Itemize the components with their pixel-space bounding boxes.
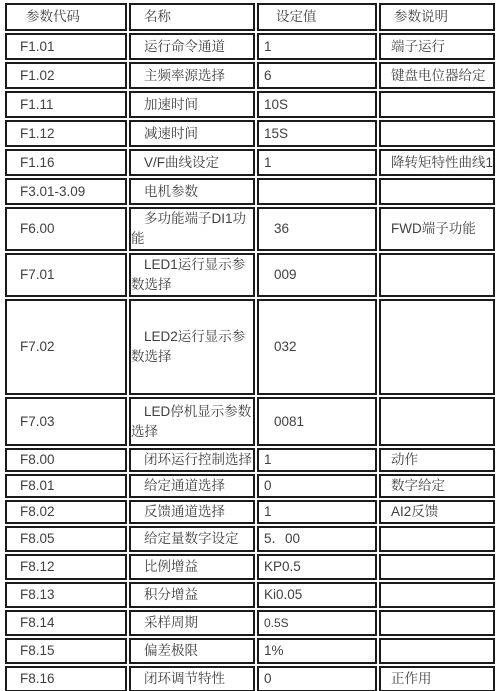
param-name-cell-text: 积分增益 (131, 585, 253, 605)
set-value-cell-text: 5．00 (259, 529, 375, 549)
set-value-cell: 1 (257, 149, 377, 176)
param-name-cell-text: LED停机显示参数选择 (131, 402, 253, 442)
table-row: F7.01LED1运行显示参数选择009 (5, 253, 495, 297)
set-value-cell-text: 10S (259, 95, 375, 115)
param-name-cell-text: 主频率源选择 (131, 66, 253, 86)
param-name-cell: 给定通道选择 (129, 474, 255, 498)
param-code-cell: F1.02 (5, 62, 127, 89)
param-desc-cell-text: 动作 (381, 450, 493, 470)
param-code-cell-text: F7.03 (7, 412, 125, 432)
param-name-cell-text: 运行命令通道 (131, 37, 253, 57)
table-row: F3.01-3.09电机参数 (5, 178, 495, 205)
param-desc-cell-text: 端子运行 (381, 37, 493, 57)
param-name-cell-text: 给定通道选择 (131, 476, 253, 496)
set-value-cell-text: 032 (259, 337, 375, 357)
param-name-cell-text: 多功能端子DI1功能 (131, 209, 253, 249)
set-value-cell-text: Ki0.05 (259, 585, 375, 605)
param-code-cell: F8.05 (5, 526, 127, 552)
table-row: F1.16V/F曲线设定1降转矩特性曲线1 (5, 149, 495, 176)
param-code-cell-text: F7.02 (7, 337, 125, 357)
set-value-cell-text: KP0.5 (259, 557, 375, 577)
param-desc-cell: AI2反馈 (379, 500, 495, 524)
set-value-cell: KP0.5 (257, 554, 377, 580)
set-value-cell: 36 (257, 207, 377, 251)
param-code-cell: F8.14 (5, 610, 127, 636)
param-name-cell-text: 比例增益 (131, 557, 253, 577)
param-desc-cell (379, 582, 495, 608)
param-code-cell-text: F8.02 (7, 502, 125, 522)
param-name-cell-text: 给定量数字设定 (131, 529, 253, 549)
param-desc-cell-text: FWD端子功能 (381, 219, 493, 239)
param-code-cell-text: F1.01 (7, 37, 125, 57)
set-value-cell-text: 36 (259, 219, 375, 239)
param-desc-cell-text: 数字给定 (381, 476, 493, 496)
param-code-cell: F8.00 (5, 448, 127, 472)
set-value-cell: 1 (257, 33, 377, 60)
param-code-cell: F8.12 (5, 554, 127, 580)
column-header-name: 名称 (129, 3, 255, 31)
set-value-cell: 009 (257, 253, 377, 297)
param-name-cell-text: LED1运行显示参数选择 (131, 255, 253, 295)
param-code-cell-text: F3.01-3.09 (7, 182, 125, 202)
param-code-cell-text: F8.16 (7, 669, 125, 689)
param-code-cell: F1.12 (5, 120, 127, 147)
table-row: F6.00多功能端子DI1功能36FWD端子功能 (5, 207, 495, 251)
param-name-cell: 反馈通道选择 (129, 500, 255, 524)
param-name-cell: LED2运行显示参数选择 (129, 299, 255, 395)
param-desc-cell: 正作用 (379, 666, 495, 691)
set-value-cell: 10S (257, 91, 377, 118)
param-name-cell-text: LED2运行显示参数选择 (131, 327, 253, 367)
param-name-cell: LED1运行显示参数选择 (129, 253, 255, 297)
param-name-cell: 电机参数 (129, 178, 255, 205)
param-desc-cell: 数字给定 (379, 474, 495, 498)
param-code-cell: F7.03 (5, 397, 127, 446)
param-desc-cell: 端子运行 (379, 33, 495, 60)
param-desc-cell: 键盘电位器给定 (379, 62, 495, 89)
table-row: F8.01给定通道选择0数字给定 (5, 474, 495, 498)
table-row: F1.01运行命令通道1端子运行 (5, 33, 495, 60)
param-code-cell-text: F1.02 (7, 66, 125, 86)
set-value-cell: 5．00 (257, 526, 377, 552)
param-name-cell: 主频率源选择 (129, 62, 255, 89)
header-row: 参数代码名称设定值参数说明 (5, 3, 495, 31)
set-value-cell-text: 0 (259, 476, 375, 496)
param-desc-cell-text: 键盘电位器给定 (381, 66, 493, 86)
param-code-cell: F1.01 (5, 33, 127, 60)
param-name-cell-text: 闭环调节特性 (131, 669, 253, 689)
param-code-cell-text: F8.00 (7, 450, 125, 470)
param-code-cell-text: F8.15 (7, 641, 125, 661)
table-row: F8.13积分增益Ki0.05 (5, 582, 495, 608)
param-desc-cell (379, 299, 495, 395)
table-body: F1.01运行命令通道1端子运行F1.02主频率源选择6键盘电位器给定F1.11… (5, 33, 495, 691)
param-code-cell-text: F8.12 (7, 557, 125, 577)
param-desc-cell (379, 397, 495, 446)
column-header-value: 设定值 (257, 3, 377, 31)
param-desc-cell (379, 253, 495, 297)
param-name-cell: 采样周期 (129, 610, 255, 636)
param-name-cell: LED停机显示参数选择 (129, 397, 255, 446)
table-row: F8.02反馈通道选择1AI2反馈 (5, 500, 495, 524)
param-name-cell: V/F曲线设定 (129, 149, 255, 176)
set-value-cell-text: 1 (259, 450, 375, 470)
param-desc-cell (379, 120, 495, 147)
param-name-cell: 闭环运行控制选择 (129, 448, 255, 472)
param-name-cell-text: V/F曲线设定 (131, 153, 253, 173)
set-value-cell-text: 0 (259, 669, 375, 689)
param-desc-cell (379, 638, 495, 664)
table-row: F8.14采样周期0.5S (5, 610, 495, 636)
param-code-cell-text: F8.14 (7, 613, 125, 633)
param-name-cell-text: 偏差极限 (131, 641, 253, 661)
column-header-label: 名称 (131, 7, 253, 27)
param-desc-cell: FWD端子功能 (379, 207, 495, 251)
param-code-cell-text: F8.05 (7, 529, 125, 549)
table-row: F8.05给定量数字设定5．00 (5, 526, 495, 552)
param-code-cell: F7.02 (5, 299, 127, 395)
set-value-cell: 0.5S (257, 610, 377, 636)
set-value-cell: Ki0.05 (257, 582, 377, 608)
set-value-cell: 0081 (257, 397, 377, 446)
param-code-cell-text: F1.16 (7, 153, 125, 173)
param-desc-cell (379, 91, 495, 118)
table-row: F7.02LED2运行显示参数选择032 (5, 299, 495, 395)
set-value-cell-text: 009 (259, 265, 375, 285)
table-row: F8.12比例增益KP0.5 (5, 554, 495, 580)
param-code-cell: F8.16 (5, 666, 127, 691)
param-code-cell-text: F1.12 (7, 124, 125, 144)
set-value-cell-text: 1 (259, 153, 375, 173)
param-name-cell-text: 采样周期 (131, 613, 253, 633)
column-header-desc: 参数说明 (379, 3, 495, 31)
param-name-cell: 积分增益 (129, 582, 255, 608)
set-value-cell (257, 178, 377, 205)
param-name-cell-text: 加速时间 (131, 95, 253, 115)
table-row: F8.15偏差极限1% (5, 638, 495, 664)
column-header-code: 参数代码 (5, 3, 127, 31)
param-code-cell: F8.13 (5, 582, 127, 608)
column-header-label: 参数代码 (7, 7, 125, 27)
set-value-cell: 1 (257, 448, 377, 472)
param-code-cell-text: F7.01 (7, 265, 125, 285)
param-desc-cell (379, 554, 495, 580)
set-value-cell: 6 (257, 62, 377, 89)
param-code-cell-text: F8.13 (7, 585, 125, 605)
table-row: F8.00闭环运行控制选择1动作 (5, 448, 495, 472)
set-value-cell-text: 1 (259, 502, 375, 522)
param-code-cell: F8.15 (5, 638, 127, 664)
column-header-label: 参数说明 (381, 7, 493, 27)
column-header-label: 设定值 (259, 7, 375, 27)
set-value-cell-text: 6 (259, 66, 375, 86)
param-name-cell: 闭环调节特性 (129, 666, 255, 691)
param-name-cell: 减速时间 (129, 120, 255, 147)
parameter-table-page: 参数代码名称设定值参数说明 F1.01运行命令通道1端子运行F1.02主频率源选… (0, 0, 501, 691)
set-value-cell-text: 15S (259, 124, 375, 144)
table-row: F1.12减速时间15S (5, 120, 495, 147)
param-code-cell: F8.01 (5, 474, 127, 498)
param-name-cell: 比例增益 (129, 554, 255, 580)
set-value-cell: 1% (257, 638, 377, 664)
param-code-cell: F7.01 (5, 253, 127, 297)
param-desc-cell (379, 526, 495, 552)
param-desc-cell-text: 降转矩特性曲线1 (381, 153, 493, 173)
param-desc-cell: 动作 (379, 448, 495, 472)
set-value-cell: 15S (257, 120, 377, 147)
parameter-table: 参数代码名称设定值参数说明 F1.01运行命令通道1端子运行F1.02主频率源选… (3, 1, 497, 691)
param-desc-cell (379, 610, 495, 636)
param-name-cell-text: 反馈通道选择 (131, 502, 253, 522)
set-value-cell: 0 (257, 666, 377, 691)
param-name-cell: 运行命令通道 (129, 33, 255, 60)
set-value-cell-text: 0081 (259, 412, 375, 432)
param-name-cell: 多功能端子DI1功能 (129, 207, 255, 251)
table-row: F1.02主频率源选择6键盘电位器给定 (5, 62, 495, 89)
set-value-cell: 0 (257, 474, 377, 498)
param-code-cell: F6.00 (5, 207, 127, 251)
set-value-cell: 1 (257, 500, 377, 524)
param-code-cell-text: F6.00 (7, 219, 125, 239)
param-code-cell: F8.02 (5, 500, 127, 524)
param-desc-cell-text: 正作用 (381, 669, 493, 689)
param-name-cell: 加速时间 (129, 91, 255, 118)
param-code-cell-text: F8.01 (7, 476, 125, 496)
param-code-cell-text: F1.11 (7, 95, 125, 115)
param-name-cell: 给定量数字设定 (129, 526, 255, 552)
set-value-cell: 032 (257, 299, 377, 395)
table-row: F1.11加速时间10S (5, 91, 495, 118)
param-desc-cell: 降转矩特性曲线1 (379, 149, 495, 176)
param-desc-cell-text: AI2反馈 (381, 502, 493, 522)
param-name-cell-text: 电机参数 (131, 182, 253, 202)
param-code-cell: F1.16 (5, 149, 127, 176)
set-value-cell-text: 1% (259, 641, 375, 661)
set-value-cell-text: 0.5S (259, 613, 375, 633)
set-value-cell-text: 1 (259, 37, 375, 57)
table-row: F8.16闭环调节特性0正作用 (5, 666, 495, 691)
param-name-cell: 偏差极限 (129, 638, 255, 664)
param-code-cell: F3.01-3.09 (5, 178, 127, 205)
param-name-cell-text: 闭环运行控制选择 (131, 450, 253, 470)
param-desc-cell (379, 178, 495, 205)
param-code-cell: F1.11 (5, 91, 127, 118)
param-name-cell-text: 减速时间 (131, 124, 253, 144)
table-row: F7.03LED停机显示参数选择0081 (5, 397, 495, 446)
